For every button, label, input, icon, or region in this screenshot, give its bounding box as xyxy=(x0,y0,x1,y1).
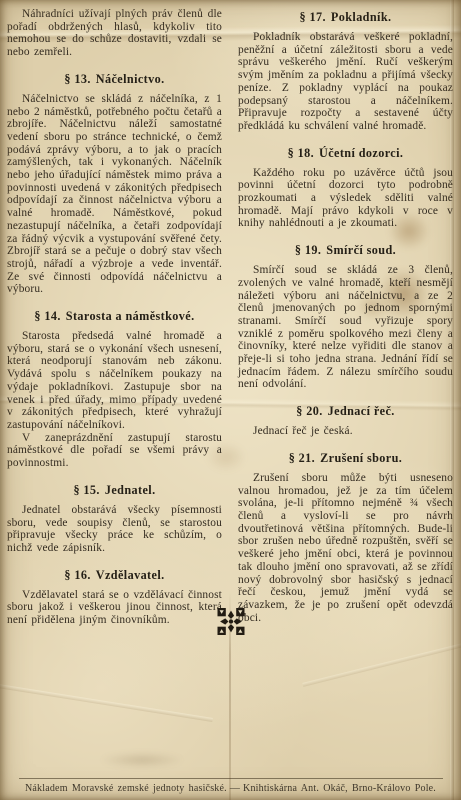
paragraph: Vzdělavatel stará se o vzdělávací činnos… xyxy=(7,589,222,627)
section-number: § 18. xyxy=(288,146,314,160)
paragraph: Náčelnictvo se skládá z náčelníka, z 1 n… xyxy=(7,93,222,296)
footer-separator: — xyxy=(227,783,243,794)
section-heading-16: § 16.Vzdělavatel. xyxy=(7,569,222,582)
footer-printer: Knihtiskárna Ant. Okáč, Brno-Královo Pol… xyxy=(243,783,436,794)
section-heading-18: § 18.Účetní dozorci. xyxy=(238,147,453,160)
section-heading-21: § 21.Zrušení sboru. xyxy=(238,452,453,465)
paragraph: Pokladník obstarává veškeré pokladní, pe… xyxy=(238,31,453,133)
text-columns: Náhradníci užívají plných práv členů dle… xyxy=(7,8,454,627)
paper-crease xyxy=(302,637,461,687)
section-heading-13: § 13.Náčelnictvo. xyxy=(7,73,222,86)
paragraph: Každého roku po uzávěrce účtů jsou povin… xyxy=(238,167,453,231)
section-heading-20: § 20.Jednací řeč. xyxy=(238,405,453,418)
paper-crease xyxy=(0,682,213,722)
footer-publisher: Nákladem Moravské zemské jednoty hasičsk… xyxy=(25,783,227,794)
paragraph: Starosta předsedá valné hromadě a výboru… xyxy=(7,330,222,432)
section-heading-17: § 17.Pokladník. xyxy=(238,11,453,24)
section-title: Náčelnictvo. xyxy=(96,72,165,86)
paragraph: Zrušení sboru může býti usneseno valnou … xyxy=(238,472,453,624)
section-heading-14: § 14.Starosta a náměstkové. xyxy=(7,310,222,323)
section-title: Starosta a náměstkové. xyxy=(66,309,195,323)
section-number: § 20. xyxy=(296,404,322,418)
paragraph: Smírčí soud se skládá ze 3 členů, zvolen… xyxy=(238,264,453,391)
section-number: § 14. xyxy=(34,309,60,323)
paragraph: Jednací řeč je česká. xyxy=(238,425,453,438)
section-number: § 13. xyxy=(64,72,90,86)
footer: Nákladem Moravské zemské jednoty hasičsk… xyxy=(0,778,461,795)
section-title: Jednací řeč. xyxy=(328,404,395,418)
section-title: Vzdělavatel. xyxy=(96,568,165,582)
section-number: § 15. xyxy=(73,483,99,497)
footer-rule xyxy=(19,778,443,779)
section-title: Účetní dozorci. xyxy=(319,146,403,160)
footer-imprint: Nákladem Moravské zemské jednoty hasičsk… xyxy=(0,783,461,795)
text-column-left: Náhradníci užívají plných práv členů dle… xyxy=(7,8,222,627)
section-title: Jednatel. xyxy=(105,483,156,497)
section-number: § 17. xyxy=(300,10,326,24)
paragraph-carryover: Náhradníci užívají plných práv členů dle… xyxy=(7,8,222,59)
section-heading-15: § 15.Jednatel. xyxy=(7,484,222,497)
paragraph: Jednatel obstarává všecky písemnosti sbo… xyxy=(7,504,222,555)
fleuron-ornament-icon xyxy=(217,608,244,635)
section-number: § 21. xyxy=(289,451,315,465)
section-title: Zrušení sboru. xyxy=(320,451,402,465)
section-number: § 19. xyxy=(295,243,321,257)
section-heading-19: § 19.Smírčí soud. xyxy=(238,244,453,257)
paragraph: V zaneprázdnění zastupují starostu náměs… xyxy=(7,432,222,470)
section-title: Smírčí soud. xyxy=(326,243,396,257)
text-column-right: § 17.Pokladník. Pokladník obstarává vešk… xyxy=(238,8,453,627)
section-number: § 16. xyxy=(64,568,90,582)
section-title: Pokladník. xyxy=(331,10,392,24)
paper-stain xyxy=(100,752,184,768)
document-page: Náhradníci užívají plných práv členů dle… xyxy=(0,0,461,800)
